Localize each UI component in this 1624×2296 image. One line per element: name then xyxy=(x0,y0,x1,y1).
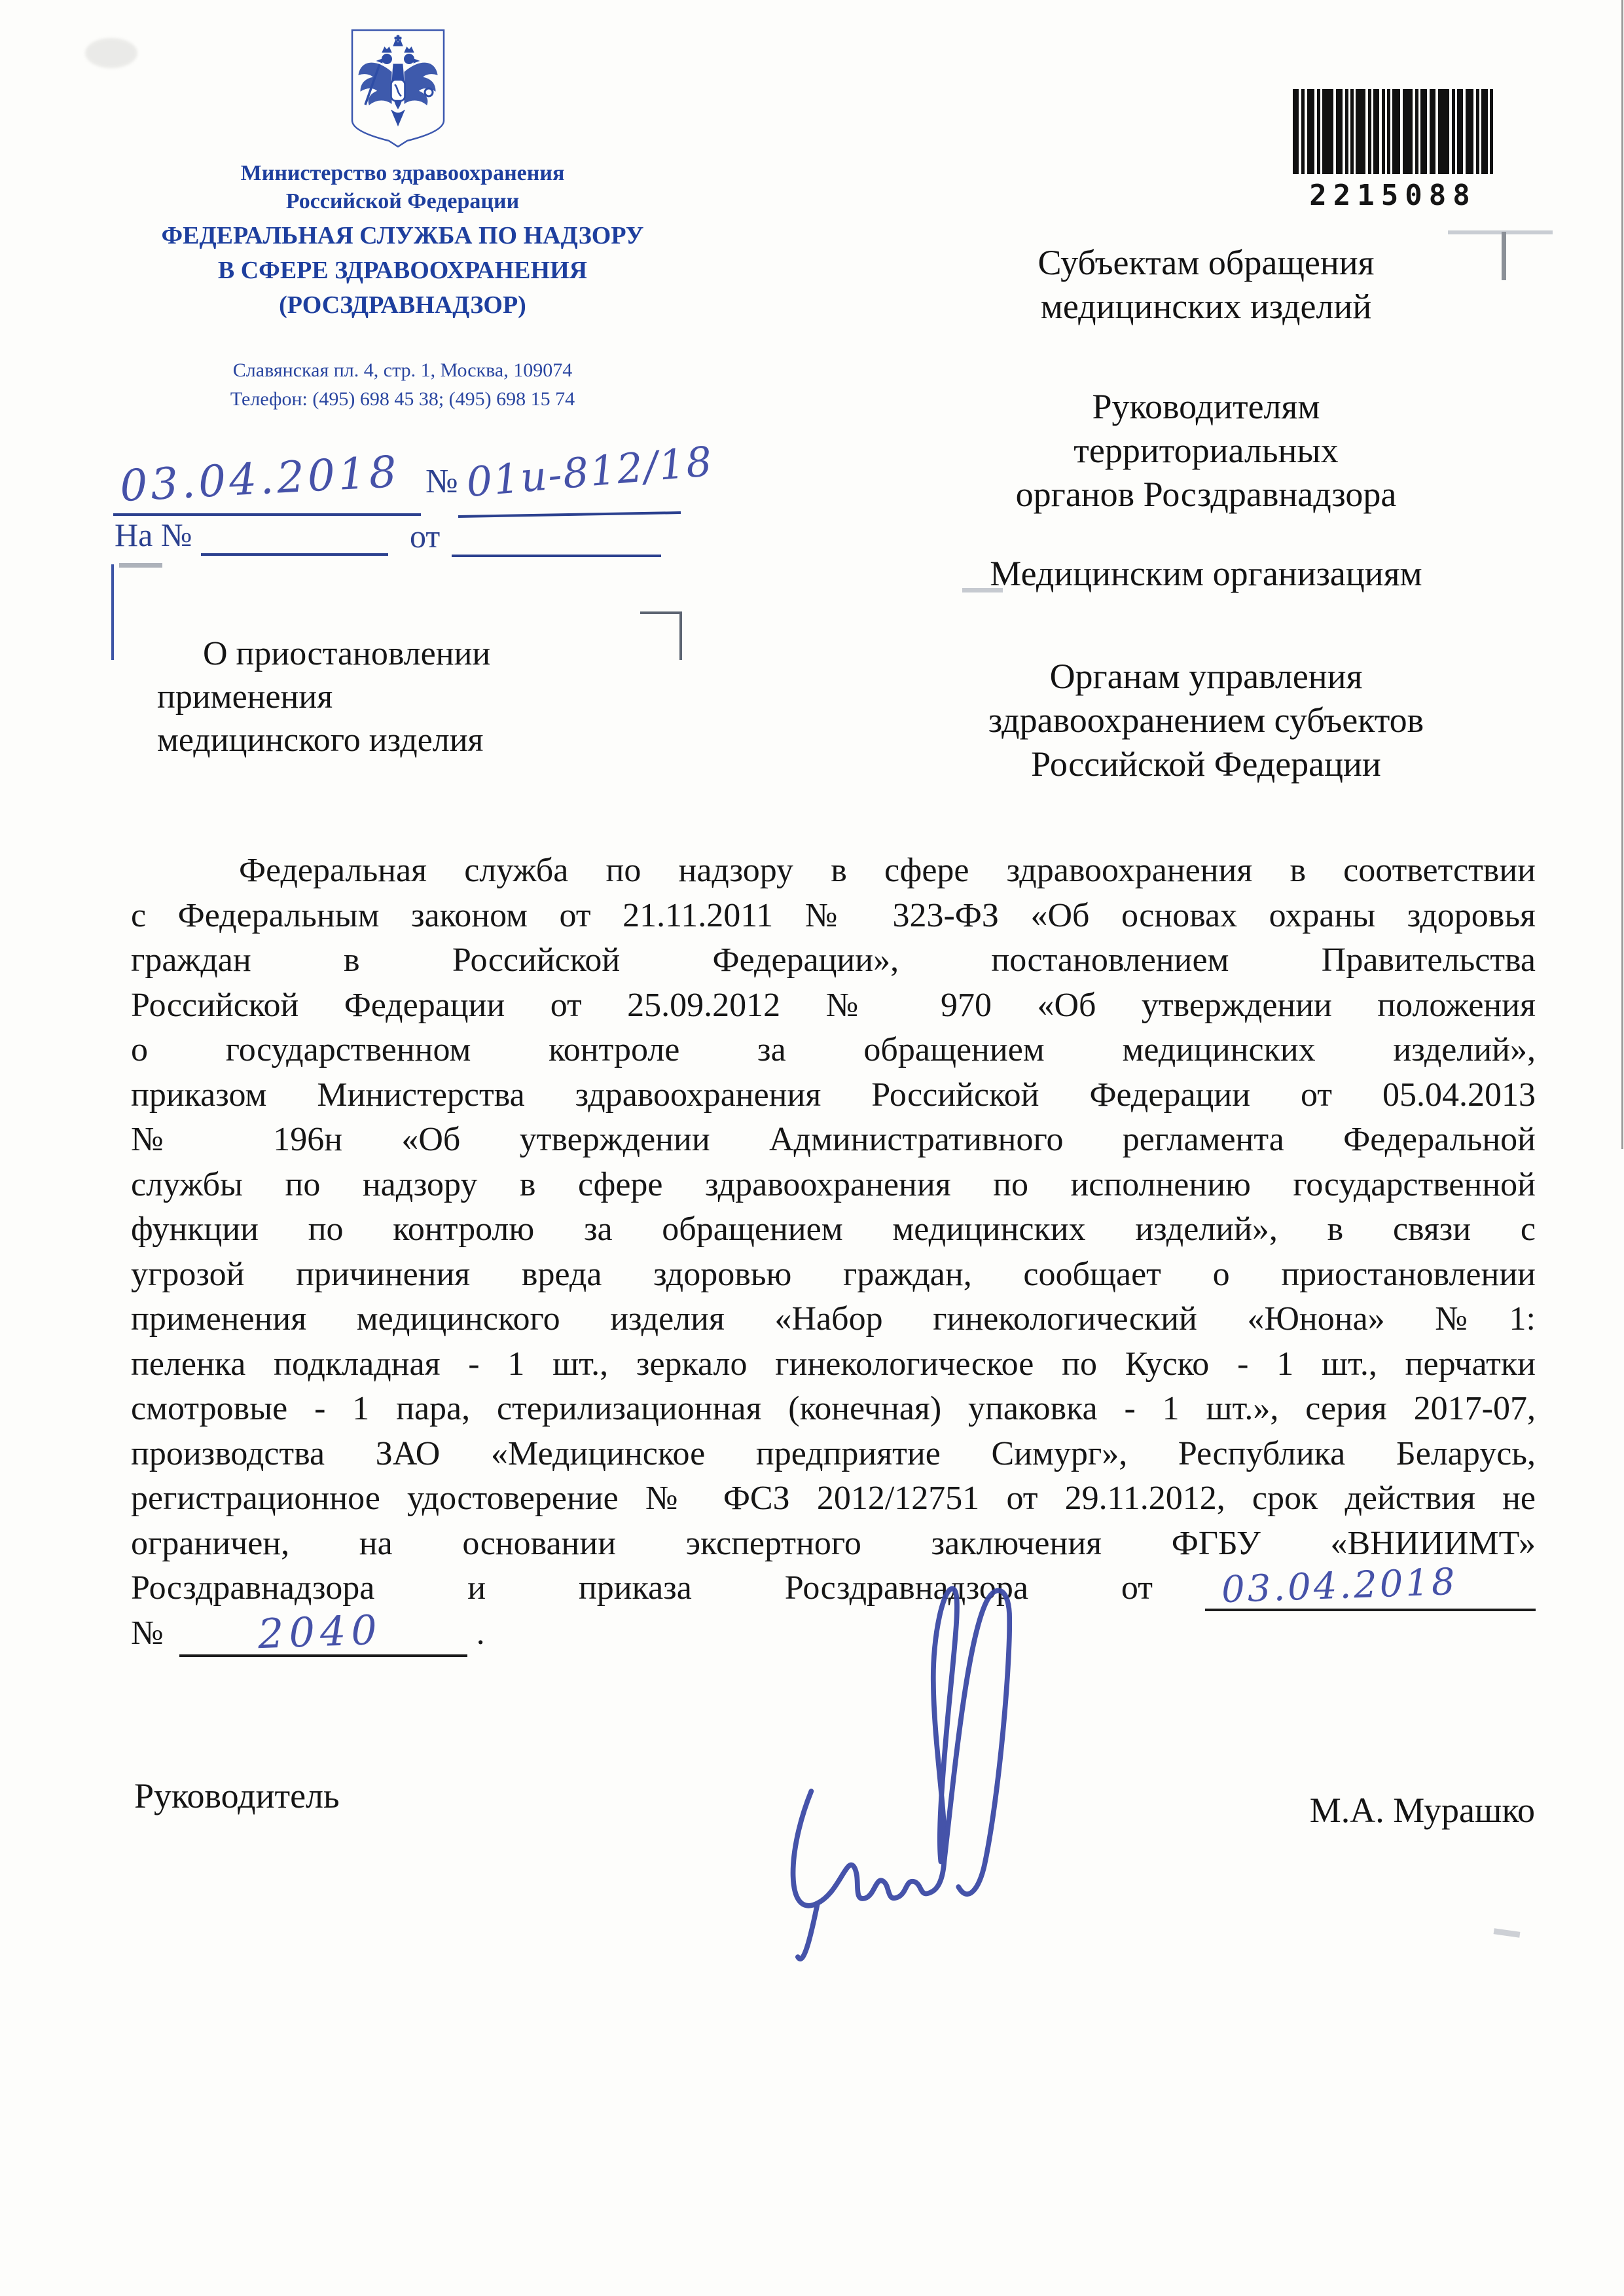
subject-corner-smudge xyxy=(119,563,162,568)
body-line: применения медицинского изделия «Набор г… xyxy=(131,1297,1536,1342)
signature-ink xyxy=(700,1556,1101,1994)
ministry-name: Министерство здравоохранения Российской … xyxy=(108,159,697,215)
agency-phone: Телефон: (495) 698 45 38; (495) 698 15 7… xyxy=(108,385,697,414)
scan-speck xyxy=(85,38,137,68)
ministry-line: Российской Федерации xyxy=(108,187,697,215)
body-line: приказом Министерства здравоохранения Ро… xyxy=(131,1073,1536,1118)
number-underline xyxy=(458,511,681,518)
body-line: с Федеральным законом от 21.11.2011 № 32… xyxy=(131,894,1536,939)
subject-line: медицинского изделия xyxy=(157,719,674,762)
agency-line: (РОСЗДРАВНАДЗОР) xyxy=(108,288,697,323)
order-number-sign: № xyxy=(131,1611,164,1656)
recipient-line: здравоохранением субъектов xyxy=(874,699,1538,742)
coat-of-arms-icon xyxy=(346,25,450,151)
scan-artifact-horizontal xyxy=(1448,230,1553,234)
ministry-line: Министерство здравоохранения xyxy=(108,159,697,187)
order-number-handwritten: 2040 xyxy=(257,1607,382,1656)
scanned-letter-page: { "letterhead": { "emblem": "russian-coa… xyxy=(0,0,1624,2296)
outgoing-number-handwritten: 01и-812/18 xyxy=(465,437,715,507)
body-line: о государственном контроле за обращением… xyxy=(131,1028,1536,1073)
scan-smudge xyxy=(1494,1928,1521,1937)
recipient-line: медицинских изделий xyxy=(874,285,1538,329)
reply-number-underline xyxy=(201,553,388,556)
body-line: регистрационное удостоверение № ФСЗ 2012… xyxy=(131,1476,1536,1522)
scan-edge-line xyxy=(1621,0,1623,1149)
subject-corner-left xyxy=(111,564,114,660)
barcode-number: 2215088 xyxy=(1293,179,1493,212)
body-line: № 196н «Об утверждении Административного… xyxy=(131,1118,1536,1163)
body-line: угрозой причинения вреда здоровью гражда… xyxy=(131,1252,1536,1298)
subject-corner-right-top xyxy=(640,611,682,614)
order-date-handwritten: 03.04.2018 xyxy=(1221,1559,1458,1613)
recipient-line: Руководителям xyxy=(874,385,1538,429)
body-line: Федеральная служба по надзору в сфере зд… xyxy=(131,848,1536,894)
recipient-line: Медицинским организациям xyxy=(874,552,1538,596)
word: приказа xyxy=(579,1566,692,1611)
barcode-icon xyxy=(1293,89,1493,174)
agency-line: В СФЕРЕ ЗДРАВООХРАНЕНИЯ xyxy=(108,253,697,288)
body-line: производства ЗАО «Медицинское предприяти… xyxy=(131,1432,1536,1477)
agency-line: ФЕДЕРАЛЬНАЯ СЛУЖБА ПО НАДЗОРУ xyxy=(108,219,697,253)
recipient-line: Российской Федерации xyxy=(874,742,1538,786)
reply-from-label: от xyxy=(410,517,440,555)
word: и xyxy=(467,1566,486,1611)
body-line: службы по надзору в сфере здравоохранени… xyxy=(131,1163,1536,1208)
word: от xyxy=(1121,1566,1153,1611)
sentence-period: . xyxy=(477,1611,485,1656)
body-line: функции по контролю за обращением медици… xyxy=(131,1207,1536,1252)
order-date-underline: 03.04.2018 xyxy=(1205,1569,1536,1611)
recipient-block-subjects: Субъектам обращения медицинских изделий xyxy=(874,241,1538,329)
letter-subject: О приостановлении применения медицинског… xyxy=(157,632,674,762)
recipient-line: органов Росздравнадзора xyxy=(874,473,1538,517)
letter-body: Федеральная служба по надзору в сфере зд… xyxy=(131,848,1536,1657)
recipient-block-medical-orgs: Медицинским организациям xyxy=(874,552,1538,596)
order-number-underline: 2040 xyxy=(179,1616,467,1657)
reply-date-underline xyxy=(452,555,661,557)
body-line: ограничен, на основании экспертного закл… xyxy=(131,1522,1536,1567)
registration-barcode: 2215088 xyxy=(1293,89,1493,212)
agency-name: ФЕДЕРАЛЬНАЯ СЛУЖБА ПО НАДЗОРУ В СФЕРЕ ЗД… xyxy=(108,219,697,323)
reply-to-label: На № xyxy=(115,516,192,554)
subject-line: О приостановлении применения xyxy=(157,632,674,719)
agency-contacts: Славянская пл. 4, стр. 1, Москва, 109074… xyxy=(108,356,697,414)
signer-title: Руководитель xyxy=(134,1776,340,1816)
recipient-block-health-authorities: Органам управления здравоохранением субъ… xyxy=(874,655,1538,786)
signer-name: М.А. Мурашко xyxy=(1244,1790,1535,1831)
recipient-line: территориальных xyxy=(874,429,1538,473)
word: Росздравнадзора xyxy=(131,1566,374,1611)
body-line: граждан в Российской Федерации», постано… xyxy=(131,938,1536,983)
outgoing-date-handwritten: 03.04.2018 xyxy=(118,446,401,511)
number-sign-label: № xyxy=(425,462,458,501)
body-line: смотровые - 1 пара, стерилизационная (ко… xyxy=(131,1387,1536,1432)
body-line: пеленка подкладная - 1 шт., зеркало гине… xyxy=(131,1342,1536,1387)
recipient-block-territorial: Руководителям территориальных органов Ро… xyxy=(874,385,1538,517)
recipient-line: Органам управления xyxy=(874,655,1538,699)
recipient-line: Субъектам обращения xyxy=(874,241,1538,285)
subject-corner-right-side xyxy=(679,611,682,660)
body-line: Российской Федерации от 25.09.2012 № 970… xyxy=(131,983,1536,1029)
agency-address: Славянская пл. 4, стр. 1, Москва, 109074 xyxy=(108,356,697,385)
